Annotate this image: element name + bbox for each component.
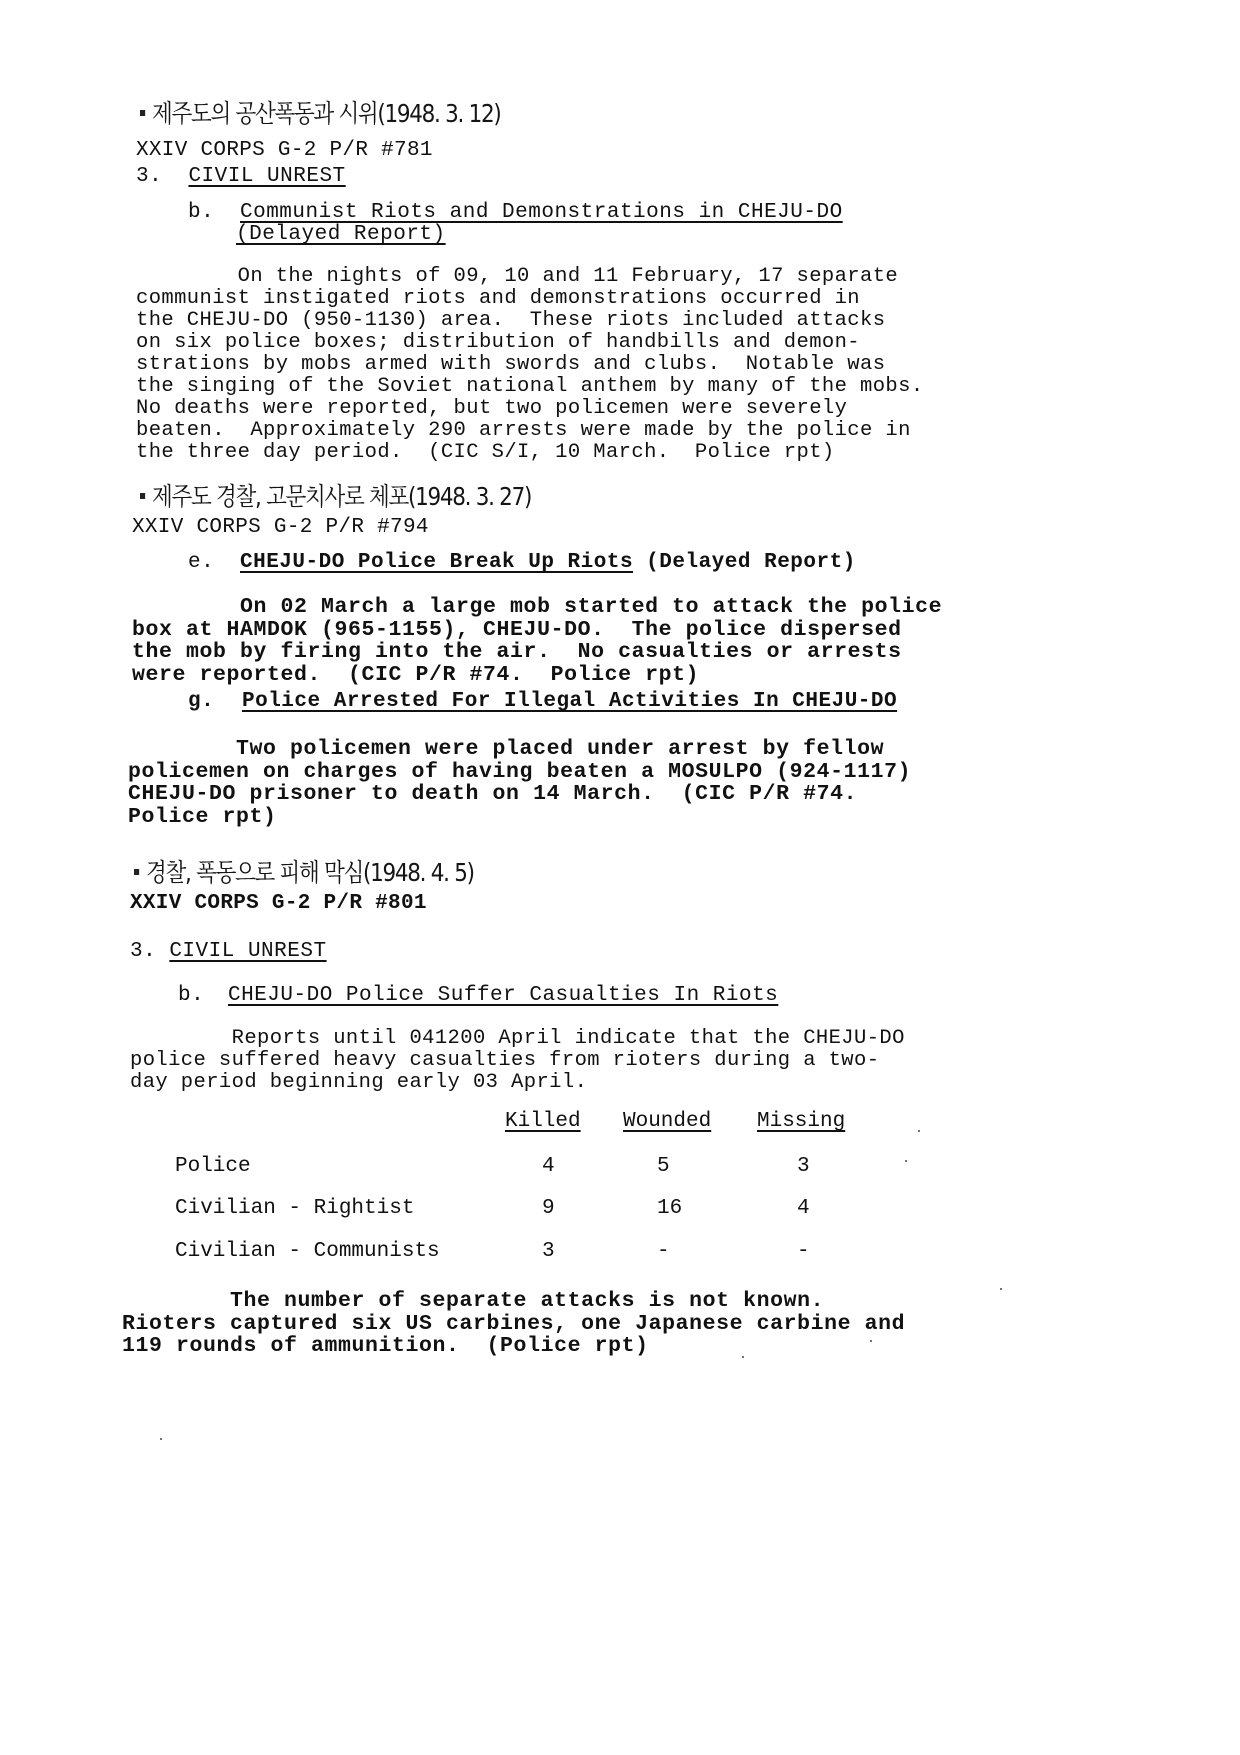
item-title-text: CHEJU-DO Police Break Up Riots	[240, 551, 633, 574]
scan-speck	[870, 1340, 872, 1342]
table-cell: -	[657, 1240, 670, 1263]
table-cell: 3	[542, 1240, 555, 1263]
scan-speck	[905, 1160, 907, 1162]
item-letter: b.	[178, 984, 204, 1007]
table-row-label: Civilian - Communists	[175, 1240, 440, 1263]
table-cell: 9	[542, 1197, 555, 1220]
heading-text: 경찰, 폭동으로 피해 막심(1948. 4. 5)	[146, 858, 474, 887]
scan-speck	[918, 1130, 920, 1132]
text-line: box at HAMDOK (965-1155), CHEJU-DO. The …	[132, 619, 942, 642]
text-line: were reported. (CIC P/R #74. Police rpt)	[132, 664, 942, 687]
item-letter: g.	[188, 690, 214, 713]
item-title-text: CHEJU-DO Police Suffer Casualties In Rio…	[228, 984, 778, 1007]
text-line: communist instigated riots and demonstra…	[136, 288, 924, 310]
text-line: strations by mobs armed with swords and …	[136, 354, 924, 376]
text-line: policemen on charges of having beaten a …	[128, 761, 911, 784]
bullet-icon	[140, 493, 145, 499]
report-reference: XXIV CORPS G-2 P/R #801	[130, 892, 427, 915]
text-line: Two policemen were placed under arrest b…	[128, 738, 911, 761]
text-line: No deaths were reported, but two policem…	[136, 398, 924, 420]
table-cell: 4	[797, 1197, 810, 1220]
part-heading: 3. CIVIL UNREST	[130, 940, 327, 963]
table-column-header: Killed	[505, 1110, 581, 1133]
item-body: Reports until 041200 April indicate that…	[130, 1028, 905, 1094]
item-title: Communist Riots and Demonstrations in CH…	[240, 201, 843, 224]
text-line: Reports until 041200 April indicate that…	[130, 1028, 905, 1050]
table-column-header: Missing	[757, 1110, 845, 1133]
scan-speck	[160, 1438, 162, 1440]
text-line: the three day period. (CIC S/I, 10 March…	[136, 442, 924, 464]
item-title-line2: (Delayed Report)	[236, 223, 446, 246]
text-line: police suffered heavy casualties from ri…	[130, 1050, 905, 1072]
text-line: CHEJU-DO prisoner to death on 14 March. …	[128, 783, 911, 806]
item-title: CHEJU-DO Police Suffer Casualties In Rio…	[228, 984, 778, 1007]
text-line: the CHEJU-DO (950-1130) area. These riot…	[136, 310, 924, 332]
section-heading-korean: 제주도의 공산폭동과 시위(1948. 3. 12)	[140, 94, 501, 130]
report-reference: XXIV CORPS G-2 P/R #794	[132, 516, 429, 539]
bullet-icon	[134, 869, 139, 875]
text-line: day period beginning early 03 April.	[130, 1072, 905, 1094]
item-title-suffix: (Delayed Report)	[646, 551, 856, 574]
item-title-cont: (Delayed Report)	[236, 223, 446, 246]
text-line: Police rpt)	[128, 806, 911, 829]
table-cell: 5	[657, 1155, 670, 1178]
text-line: the mob by firing into the air. No casua…	[132, 641, 942, 664]
part-title: CIVIL UNREST	[169, 940, 326, 963]
part-number: 3.	[130, 940, 156, 963]
table-column-header: Wounded	[623, 1110, 711, 1133]
section-heading-korean: 제주도 경찰, 고문치사로 체포(1948. 3. 27)	[140, 477, 531, 513]
table-cell: 16	[657, 1197, 682, 1220]
bullet-icon	[140, 110, 145, 116]
text-line: 119 rounds of ammunition. (Police rpt)	[122, 1335, 905, 1358]
item-title-text: Police Arrested For Illegal Activities I…	[242, 690, 897, 713]
item-body: On the nights of 09, 10 and 11 February,…	[136, 266, 924, 464]
heading-text: 제주도의 공산폭동과 시위(1948. 3. 12)	[152, 99, 500, 128]
text-line: on six police boxes; distribution of han…	[136, 332, 924, 354]
report-reference: XXIV CORPS G-2 P/R #781	[136, 139, 433, 162]
document-page: 제주도의 공산폭동과 시위(1948. 3. 12) XXIV CORPS G-…	[0, 0, 1240, 1755]
text-line: On 02 March a large mob started to attac…	[132, 596, 942, 619]
scan-speck	[742, 1356, 744, 1358]
section-heading-korean: 경찰, 폭동으로 피해 막심(1948. 4. 5)	[134, 853, 474, 889]
table-row-label: Police	[175, 1155, 251, 1178]
heading-text: 제주도 경찰, 고문치사로 체포(1948. 3. 27)	[152, 482, 531, 511]
table-cell: 4	[542, 1155, 555, 1178]
item-body: On 02 March a large mob started to attac…	[132, 596, 942, 686]
item-letter: e.	[188, 551, 214, 574]
part-heading: 3. CIVIL UNREST	[136, 165, 346, 188]
item-letter: b.	[188, 201, 214, 224]
text-line: The number of separate attacks is not kn…	[122, 1290, 905, 1313]
text-line: Rioters captured six US carbines, one Ja…	[122, 1313, 905, 1336]
part-number: 3.	[136, 165, 162, 188]
item-title: Police Arrested For Illegal Activities I…	[242, 690, 897, 713]
closing-paragraph: The number of separate attacks is not kn…	[122, 1290, 905, 1358]
table-cell: 3	[797, 1155, 810, 1178]
table-row-label: Civilian - Rightist	[175, 1197, 414, 1220]
table-cell: -	[797, 1240, 810, 1263]
item-title-line1: Communist Riots and Demonstrations in CH…	[240, 201, 843, 224]
text-line: On the nights of 09, 10 and 11 February,…	[136, 266, 924, 288]
text-line: the singing of the Soviet national anthe…	[136, 376, 924, 398]
item-title: CHEJU-DO Police Break Up Riots (Delayed …	[240, 551, 856, 574]
scan-speck	[1000, 1288, 1002, 1290]
part-title: CIVIL UNREST	[188, 165, 345, 188]
text-line: beaten. Approximately 290 arrests were m…	[136, 420, 924, 442]
item-body: Two policemen were placed under arrest b…	[128, 738, 911, 828]
